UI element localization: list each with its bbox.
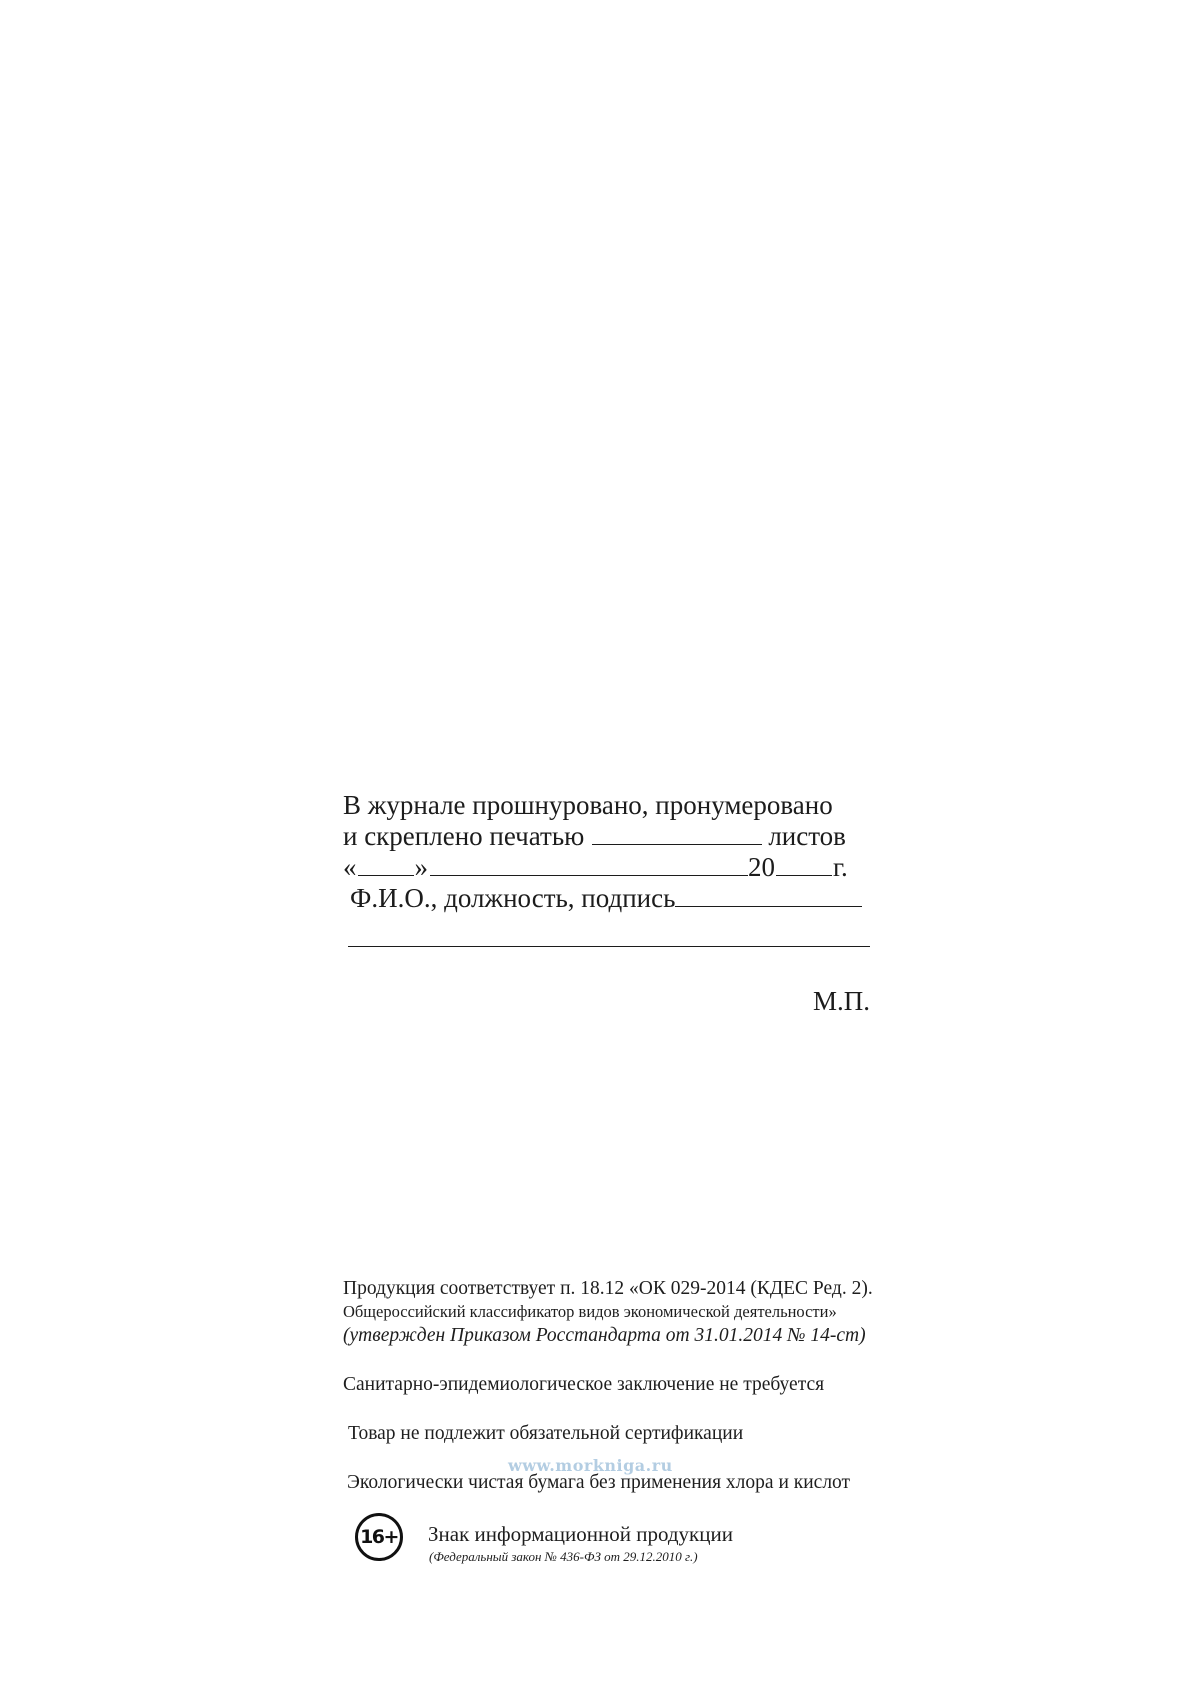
compliance-block: Продукция соответствует п. 18.12 «ОК 029… (343, 1277, 883, 1348)
year-field[interactable] (776, 853, 832, 876)
compliance-line-1: Продукция соответствует п. 18.12 «ОК 029… (343, 1277, 883, 1301)
sheet-count-field[interactable] (592, 822, 762, 845)
signature-line: Ф.И.О., должность, подпись (343, 883, 873, 914)
sheets-label: листов (768, 821, 846, 851)
signature-label: Ф.И.О., должность, подпись (350, 883, 675, 913)
federal-law-reference: (Федеральный закон № 436-ФЗ от 29.12.201… (429, 1549, 698, 1565)
month-field[interactable] (430, 853, 748, 876)
open-quote: « (343, 852, 357, 882)
ecology-statement: Экологически чистая бумага без применени… (347, 1471, 850, 1495)
registration-line-1: В журнале прошнуровано, пронумеровано (343, 790, 873, 821)
day-field[interactable] (358, 853, 414, 876)
year-suffix: г. (833, 852, 848, 882)
stamp-placeholder: М.П. (813, 986, 870, 1017)
signature-field[interactable] (675, 884, 862, 907)
age-rating-text: 16+ (360, 1526, 398, 1548)
sanitary-statement: Санитарно-эпидемиологическое заключение … (343, 1373, 824, 1397)
compliance-line-3: (утвержден Приказом Росстандарта от 31.0… (343, 1323, 883, 1348)
registration-line-2: и скреплено печатьюлистов (343, 821, 873, 852)
registration-statement: В журнале прошнуровано, пронумеровано (343, 790, 833, 820)
document-page: В журнале прошнуровано, пронумеровано и … (0, 0, 1200, 1700)
year-prefix: 20 (748, 852, 775, 882)
close-quote: » (415, 852, 429, 882)
date-line: «»20г. (343, 852, 873, 883)
registration-block: В журнале прошнуровано, пронумеровано и … (343, 790, 873, 914)
age-rating-16-icon: 16+ (355, 1513, 403, 1561)
sealed-label: и скреплено печатью (343, 821, 584, 851)
compliance-line-2: Общероссийский классификатор видов эконо… (343, 1301, 883, 1323)
signature-continuation-field[interactable] (348, 946, 870, 947)
info-product-label: Знак информационной продукции (428, 1522, 733, 1546)
certification-statement: Товар не подлежит обязательной сертифика… (348, 1422, 743, 1446)
